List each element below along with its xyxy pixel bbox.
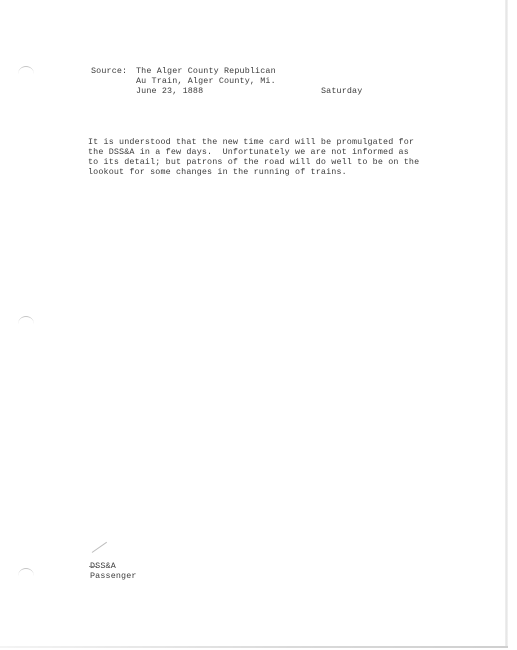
page-right-edge-shadow	[505, 0, 508, 647]
source-location: Au Train, Alger County, Mi.	[136, 76, 276, 86]
day-of-week: Saturday	[321, 86, 362, 96]
article-line: the DSS&A in a few days. Unfortunately w…	[88, 147, 409, 157]
source-publication: The Alger County Republican	[136, 66, 276, 76]
article-body: It is understood that the new time card …	[88, 137, 419, 177]
footer-tags: DSS&APassenger	[90, 561, 137, 581]
article-line: to its detail; but patrons of the road w…	[88, 157, 419, 167]
source-date: June 23, 1888	[136, 86, 203, 96]
pencil-mark	[92, 542, 107, 553]
source-label: Source:	[91, 66, 127, 76]
document-page: Source: The Alger County Republican Au T…	[0, 0, 517, 650]
source-citation: The Alger County Republican Au Train, Al…	[136, 66, 276, 96]
footer-strike-mark	[89, 566, 97, 567]
footer-category-tag: Passenger	[90, 571, 137, 581]
punch-hole-mark-bottom	[18, 568, 34, 579]
article-line: It is understood that the new time card …	[88, 137, 414, 147]
page-bottom-edge-shadow	[0, 646, 508, 648]
punch-hole-mark-top	[18, 66, 34, 77]
article-line: lookout for some changes in the running …	[88, 167, 347, 177]
punch-hole-mark-middle	[18, 316, 34, 327]
